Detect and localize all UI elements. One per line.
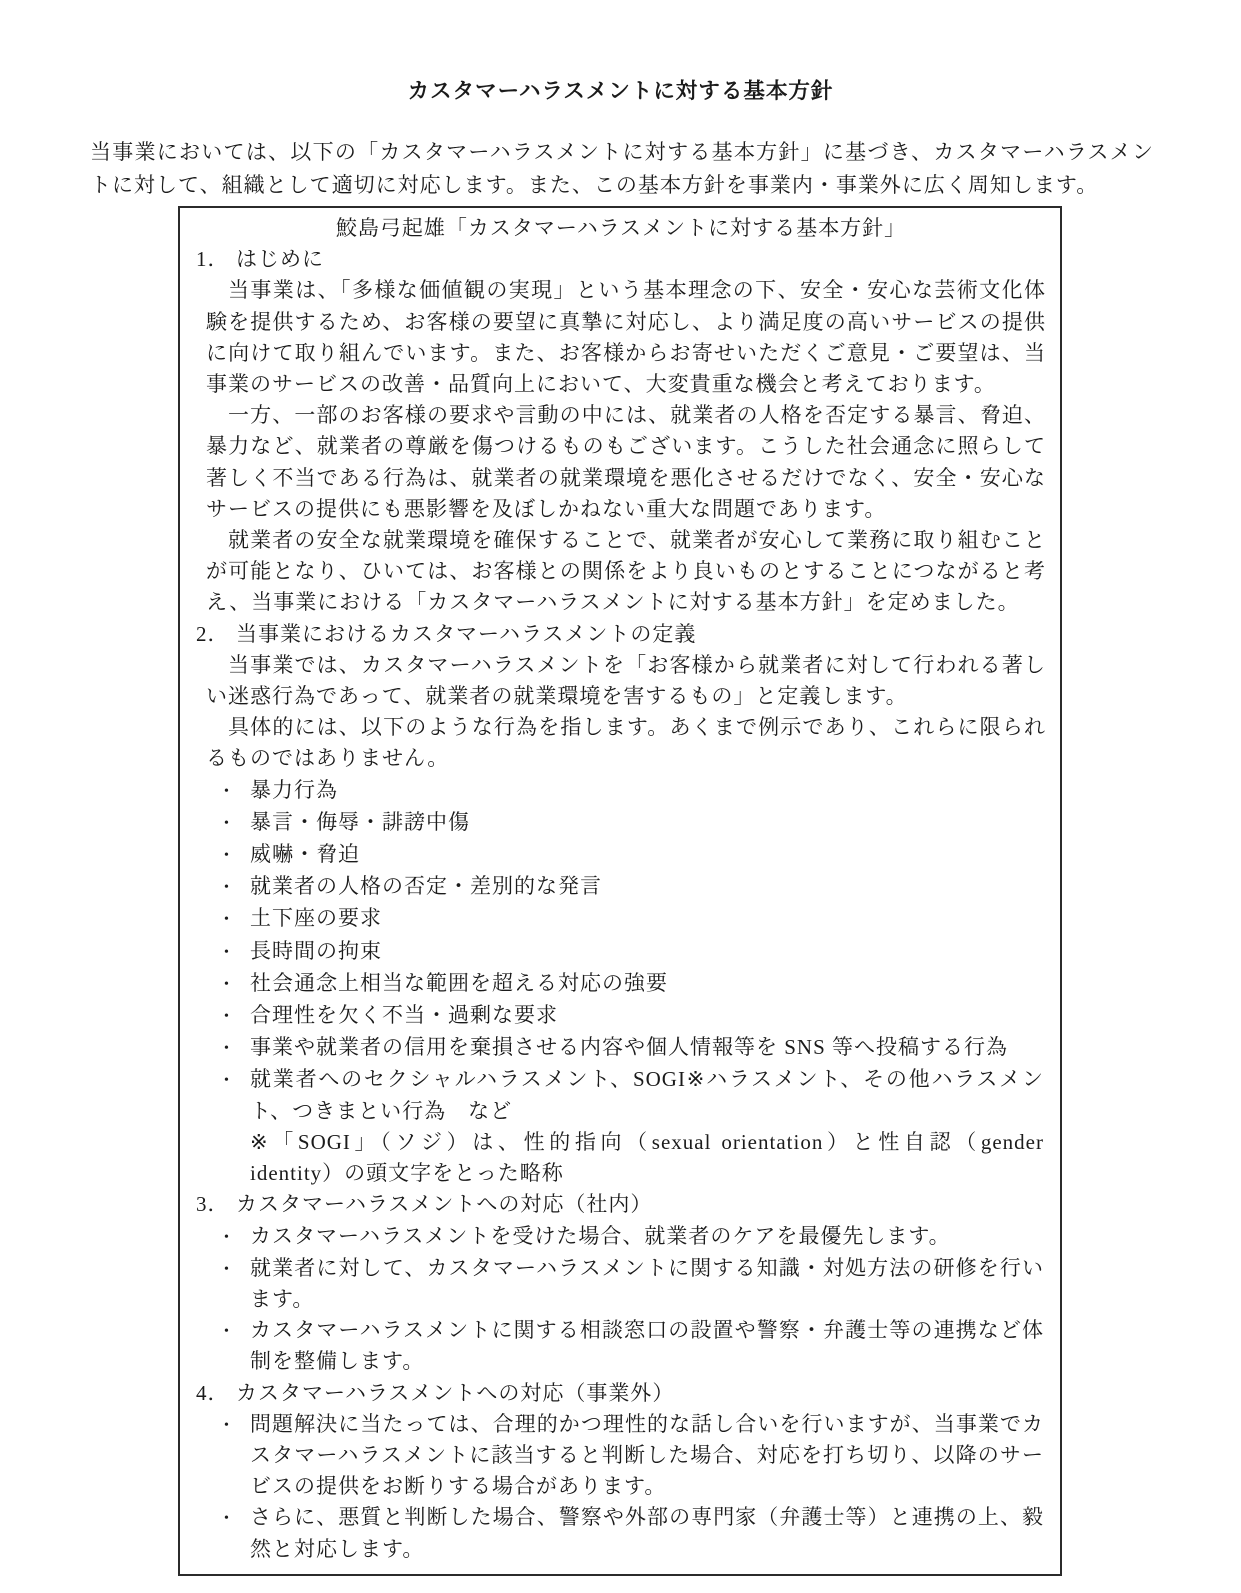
bullet-icon: • [224,775,250,807]
section-3: 3． カスタマーハラスメントへの対応（社内） • カスタマーハラスメントを受けた… [196,1189,1046,1377]
section-heading: 1． はじめに [196,244,1046,275]
bullet-item: • 就業者へのセクシャルハラスメント、SOGI※ハラスメント、その他ハラスメント… [224,1064,1046,1126]
bullet-item: • 問題解決に当たっては、合理的かつ理性的な話し合いを行いますが、当事業でカスタ… [224,1409,1046,1503]
bullet-icon: • [224,1253,250,1315]
bullet-icon: • [224,1502,250,1564]
paragraph: 具体的には、以下のような行為を指します。あくまで例示であり、これらに限られるもの… [206,712,1046,774]
bullet-icon: • [224,1000,250,1032]
bullet-icon: • [224,1409,250,1503]
intro-paragraph: 当事業においては、以下の「カスタマーハラスメントに対する基本方針」に基づき、カス… [90,136,1154,202]
section-title: カスタマーハラスメントへの対応（社内） [236,1189,1046,1220]
paragraph: 就業者の安全な就業環境を確保することで、就業者が安心して業務に取り組むことが可能… [206,525,1046,619]
bullet-text: 暴力行為 [250,775,1044,807]
bullet-text: 合理性を欠く不当・過剰な要求 [250,1000,1044,1032]
section-2: 2． 当事業におけるカスタマーハラスメントの定義 当事業では、カスタマーハラスメ… [196,619,1046,1190]
bullet-list: • カスタマーハラスメントを受けた場合、就業者のケアを最優先します。 • 就業者… [224,1221,1046,1378]
bullet-text: カスタマーハラスメントに関する相談窓口の設置や警察・弁護士等の連携など体制を整備… [250,1315,1044,1377]
bullet-item: • 土下座の要求 [224,903,1046,935]
paragraph: 一方、一部のお客様の要求や言動の中には、就業者の人格を否定する暴言、脅迫、暴力な… [206,400,1046,525]
bullet-icon: • [224,871,250,903]
section-heading: 3． カスタマーハラスメントへの対応（社内） [196,1189,1046,1220]
bullet-text: 土下座の要求 [250,903,1044,935]
bullet-text: さらに、悪質と判断した場合、警察や外部の専門家（弁護士等）と連携の上、毅然と対応… [250,1502,1044,1564]
bullet-icon: • [224,968,250,1000]
bullet-item: • 社会通念上相当な範囲を超える対応の強要 [224,968,1046,1000]
bullet-text: 就業者の人格の否定・差別的な発言 [250,871,1044,903]
bullet-item: • 事業や就業者の信用を棄損させる内容や個人情報等を SNS 等へ投稿する行為 [224,1032,1046,1064]
bullet-text: 威嚇・脅迫 [250,839,1044,871]
bullet-item: • 暴力行為 [224,775,1046,807]
bullet-list: • 問題解決に当たっては、合理的かつ理性的な話し合いを行いますが、当事業でカスタ… [224,1409,1046,1565]
bullet-item: • 就業者の人格の否定・差別的な発言 [224,871,1046,903]
bullet-icon: • [224,1315,250,1377]
bullet-list: • 暴力行為 • 暴言・侮辱・誹謗中傷 • 威嚇・脅迫 • 就業者の人格の否定・… [224,775,1046,1127]
section-4: 4． カスタマーハラスメントへの対応（事業外） • 問題解決に当たっては、合理的… [196,1378,1046,1565]
bullet-text: 事業や就業者の信用を棄損させる内容や個人情報等を SNS 等へ投稿する行為 [250,1032,1044,1064]
section-number: 2． [196,619,236,650]
bullet-icon: • [224,1032,250,1064]
paragraph: 当事業では、カスタマーハラスメントを「お客様から就業者に対して行われる著しい迷惑… [206,650,1046,712]
section-heading: 2． 当事業におけるカスタマーハラスメントの定義 [196,619,1046,650]
bullet-item: • 暴言・侮辱・誹謗中傷 [224,807,1046,839]
bullet-item: • 合理性を欠く不当・過剰な要求 [224,1000,1046,1032]
bullet-item: • さらに、悪質と判断した場合、警察や外部の専門家（弁護士等）と連携の上、毅然と… [224,1502,1046,1564]
section-1: 1． はじめに 当事業は、「多様な価値観の実現」という基本理念の下、安全・安心な… [196,244,1046,618]
bullet-icon: • [224,936,250,968]
bullet-icon: • [224,839,250,871]
policy-box: 鮫島弓起雄「カスタマーハラスメントに対する基本方針」 1． はじめに 当事業は、… [178,206,1062,1576]
document-title: カスタマーハラスメントに対する基本方針 [0,0,1241,106]
section-number: 1． [196,244,236,275]
bullet-item: • 長時間の拘束 [224,936,1046,968]
section-title: 当事業におけるカスタマーハラスメントの定義 [236,619,1046,650]
bullet-text: カスタマーハラスメントを受けた場合、就業者のケアを最優先します。 [250,1221,1044,1253]
section-number: 3． [196,1189,236,1220]
sogi-note: ※「SOGI」（ソジ）は、性的指向（sexual orientation）と性自… [250,1127,1044,1189]
paragraph: 当事業は、「多様な価値観の実現」という基本理念の下、安全・安心な芸術文化体験を提… [206,275,1046,400]
policy-box-heading: 鮫島弓起雄「カスタマーハラスメントに対する基本方針」 [196,213,1046,244]
section-title: カスタマーハラスメントへの対応（事業外） [236,1378,1046,1409]
bullet-text: 就業者に対して、カスタマーハラスメントに関する知識・対処方法の研修を行います。 [250,1253,1044,1315]
page-container: カスタマーハラスメントに対する基本方針 当事業においては、以下の「カスタマーハラ… [0,0,1241,1593]
bullet-icon: • [224,1221,250,1253]
section-heading: 4． カスタマーハラスメントへの対応（事業外） [196,1378,1046,1409]
bullet-item: • 威嚇・脅迫 [224,839,1046,871]
bullet-item: • カスタマーハラスメントを受けた場合、就業者のケアを最優先します。 [224,1221,1046,1253]
bullet-text: 暴言・侮辱・誹謗中傷 [250,807,1044,839]
bullet-icon: • [224,1064,250,1126]
bullet-icon: • [224,807,250,839]
bullet-item: • カスタマーハラスメントに関する相談窓口の設置や警察・弁護士等の連携など体制を… [224,1315,1046,1377]
section-title: はじめに [236,244,1046,275]
bullet-icon: • [224,903,250,935]
bullet-text: 社会通念上相当な範囲を超える対応の強要 [250,968,1044,1000]
section-number: 4． [196,1378,236,1409]
bullet-item: • 就業者に対して、カスタマーハラスメントに関する知識・対処方法の研修を行います… [224,1253,1046,1315]
bullet-text: 就業者へのセクシャルハラスメント、SOGI※ハラスメント、その他ハラスメント、つ… [250,1064,1044,1126]
bullet-text: 長時間の拘束 [250,936,1044,968]
bullet-text: 問題解決に当たっては、合理的かつ理性的な話し合いを行いますが、当事業でカスタマー… [250,1409,1044,1503]
